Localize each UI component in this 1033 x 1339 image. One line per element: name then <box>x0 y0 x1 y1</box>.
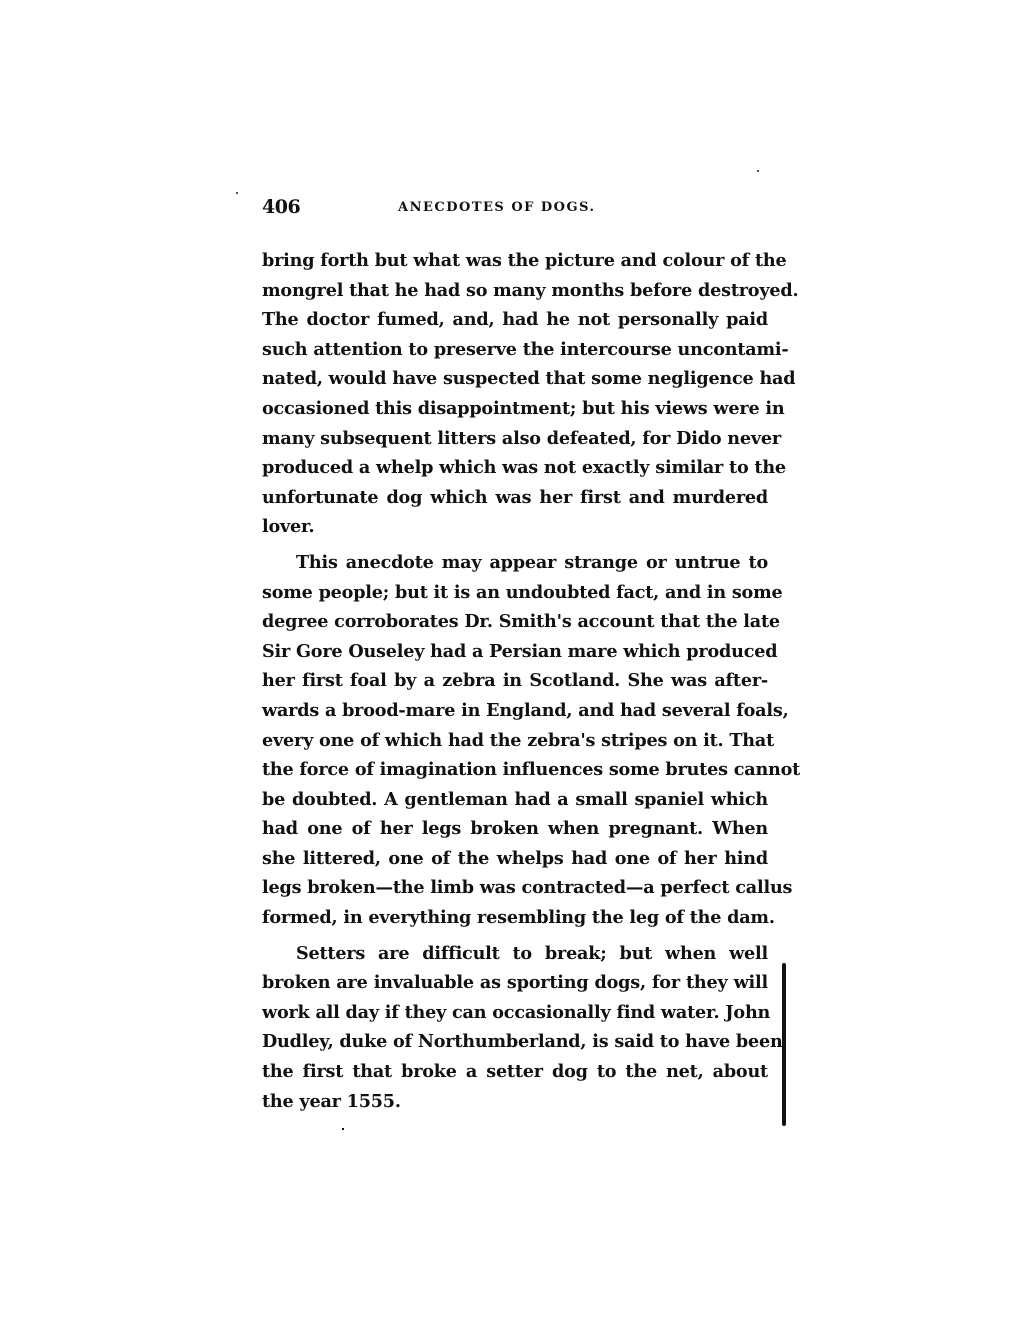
running-head: 406 ANECDOTES OF DOGS. <box>262 196 768 226</box>
scan-speck <box>236 192 238 194</box>
text-line: The doctor fumed, and, had he not person… <box>262 305 768 335</box>
text-line: Sir Gore Ouseley had a Persian mare whic… <box>262 637 768 667</box>
text-line: Dudley, duke of Northumberland, is said … <box>262 1027 768 1057</box>
text-line: This anecdote may appear strange or untr… <box>262 548 768 578</box>
text-line: many subsequent litters also defeated, f… <box>262 424 768 454</box>
text-line: bring forth but what was the picture and… <box>262 246 768 276</box>
text-line: such attention to preserve the intercour… <box>262 335 768 365</box>
text-line: broken are invaluable as sporting dogs, … <box>262 968 768 998</box>
page-number: 406 <box>262 196 300 218</box>
text-line: the first that broke a setter dog to the… <box>262 1057 768 1087</box>
text-line: lover. <box>262 512 768 542</box>
text-line: had one of her legs broken when pregnant… <box>262 814 768 844</box>
text-line: unfortunate dog which was her first and … <box>262 483 768 513</box>
scan-speck <box>757 170 759 172</box>
text-line: work all day if they can occasionally fi… <box>262 998 768 1028</box>
text-line: be doubted. A gentleman had a small span… <box>262 785 768 815</box>
text-line: her first foal by a zebra in Scotland. S… <box>262 666 768 696</box>
scan-speck <box>342 1128 344 1130</box>
text-line: Setters are difficult to break; but when… <box>262 939 768 969</box>
paragraph-3: Setters are difficult to break; but when… <box>262 939 768 1117</box>
book-page: 406 ANECDOTES OF DOGS. bring forth but w… <box>262 196 768 1116</box>
text-line: mongrel that he had so many months befor… <box>262 276 768 306</box>
text-line: produced a whelp which was not exactly s… <box>262 453 768 483</box>
page-edge-mark <box>782 963 786 1126</box>
paragraph-1: bring forth but what was the picture and… <box>262 246 768 542</box>
text-line: occasioned this disappointment; but his … <box>262 394 768 424</box>
text-line: nated, would have suspected that some ne… <box>262 364 768 394</box>
text-line: the force of imagination influences some… <box>262 755 768 785</box>
body-text: bring forth but what was the picture and… <box>262 246 768 1116</box>
text-line: degree corroborates Dr. Smith's account … <box>262 607 768 637</box>
running-head-title: ANECDOTES OF DOGS. <box>398 200 596 215</box>
text-line: some people; but it is an undoubted fact… <box>262 578 768 608</box>
text-line: legs broken—the limb was contracted—a pe… <box>262 873 768 903</box>
text-line: every one of which had the zebra's strip… <box>262 726 768 756</box>
text-line: she littered, one of the whelps had one … <box>262 844 768 874</box>
text-line: wards a brood-mare in England, and had s… <box>262 696 768 726</box>
paragraph-2: This anecdote may appear strange or untr… <box>262 548 768 933</box>
text-line: the year 1555. <box>262 1087 768 1117</box>
text-line: formed, in everything resembling the leg… <box>262 903 768 933</box>
